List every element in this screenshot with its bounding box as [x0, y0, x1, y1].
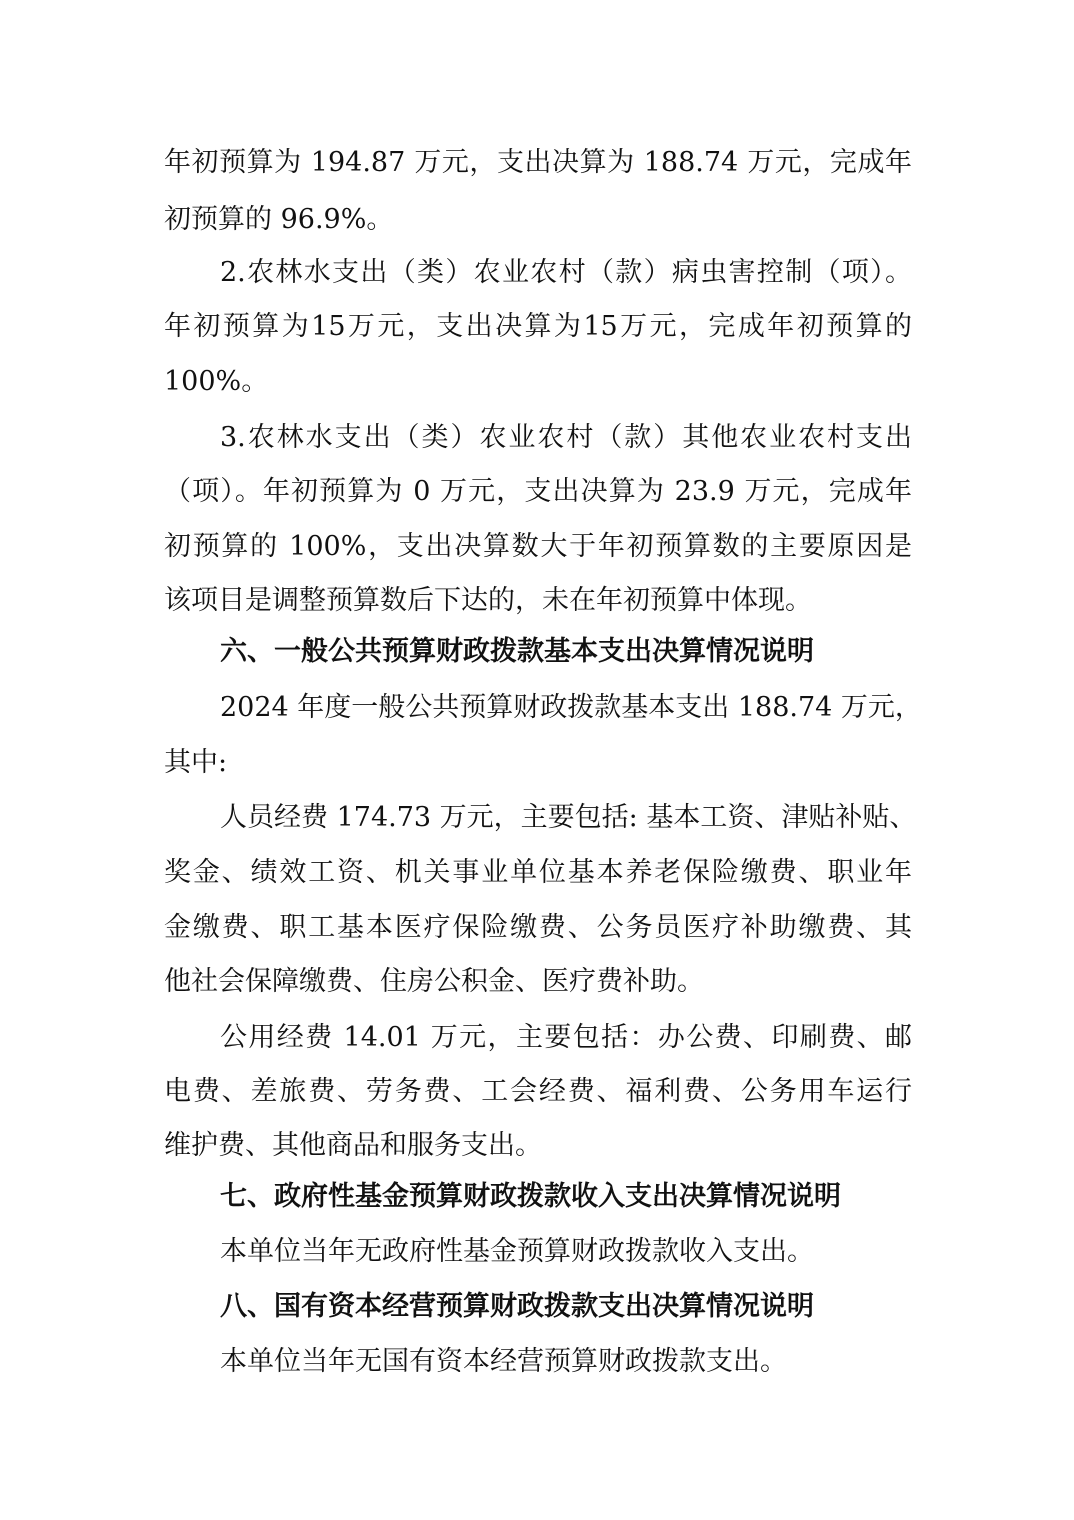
paragraph-line: 公用经费 14.01 万元，主要包括：办公费、印刷费、邮	[220, 1018, 912, 1058]
paragraph-line: 金缴费、职工基本医疗保险缴费、公务员医疗补助缴费、其	[164, 908, 912, 948]
paragraph-line: 他社会保障缴费、住房公积金、医疗费补助。	[164, 962, 912, 1002]
section-6-heading: 六、一般公共预算财政拨款基本支出决算情况说明	[220, 632, 912, 672]
paragraph-line: 电费、差旅费、劳务费、工会经费、福利费、公务用车运行	[164, 1072, 912, 1112]
section-8-body: 本单位当年无国有资本经营预算财政拨款支出。	[220, 1342, 912, 1382]
paragraph-line: 该项目是调整预算数后下达的，未在年初预算中体现。	[164, 581, 912, 621]
paragraph-line: 年初预算为15万元，支出决算为15万元，完成年初预算的	[164, 307, 912, 347]
section-8-heading: 八、国有资本经营预算财政拨款支出决算情况说明	[220, 1287, 912, 1327]
paragraph-line: 奖金、绩效工资、机关事业单位基本养老保险缴费、职业年	[164, 853, 912, 893]
paragraph-line: 其中:	[164, 743, 912, 783]
paragraph-line: 100%。	[164, 362, 912, 402]
paragraph-line: （项）。年初预算为 0 万元，支出决算为 23.9 万元，完成年	[164, 472, 912, 512]
paragraph-line: 维护费、其他商品和服务支出。	[164, 1126, 912, 1166]
paragraph-line: 初预算的 96.9%。	[164, 200, 912, 240]
section-7-body: 本单位当年无政府性基金预算财政拨款收入支出。	[220, 1232, 912, 1272]
paragraph-line: 初预算的 100%，支出决算数大于年初预算数的主要原因是	[164, 527, 912, 567]
paragraph-line: 3.农林水支出（类）农业农村（款）其他农业农村支出	[220, 418, 912, 458]
paragraph-line: 2024 年度一般公共预算财政拨款基本支出 188.74 万元，	[220, 688, 912, 728]
paragraph-line: 人员经费 174.73 万元，主要包括: 基本工资、津贴补贴、	[220, 798, 912, 838]
section-7-heading: 七、政府性基金预算财政拨款收入支出决算情况说明	[220, 1177, 912, 1217]
document-page: 年初预算为 194.87 万元，支出决算为 188.74 万元，完成年 初预算的…	[0, 0, 1074, 1520]
paragraph-line: 年初预算为 194.87 万元，支出决算为 188.74 万元，完成年	[164, 143, 912, 183]
paragraph-line: 2.农林水支出（类）农业农村（款）病虫害控制（项）。	[220, 253, 912, 293]
